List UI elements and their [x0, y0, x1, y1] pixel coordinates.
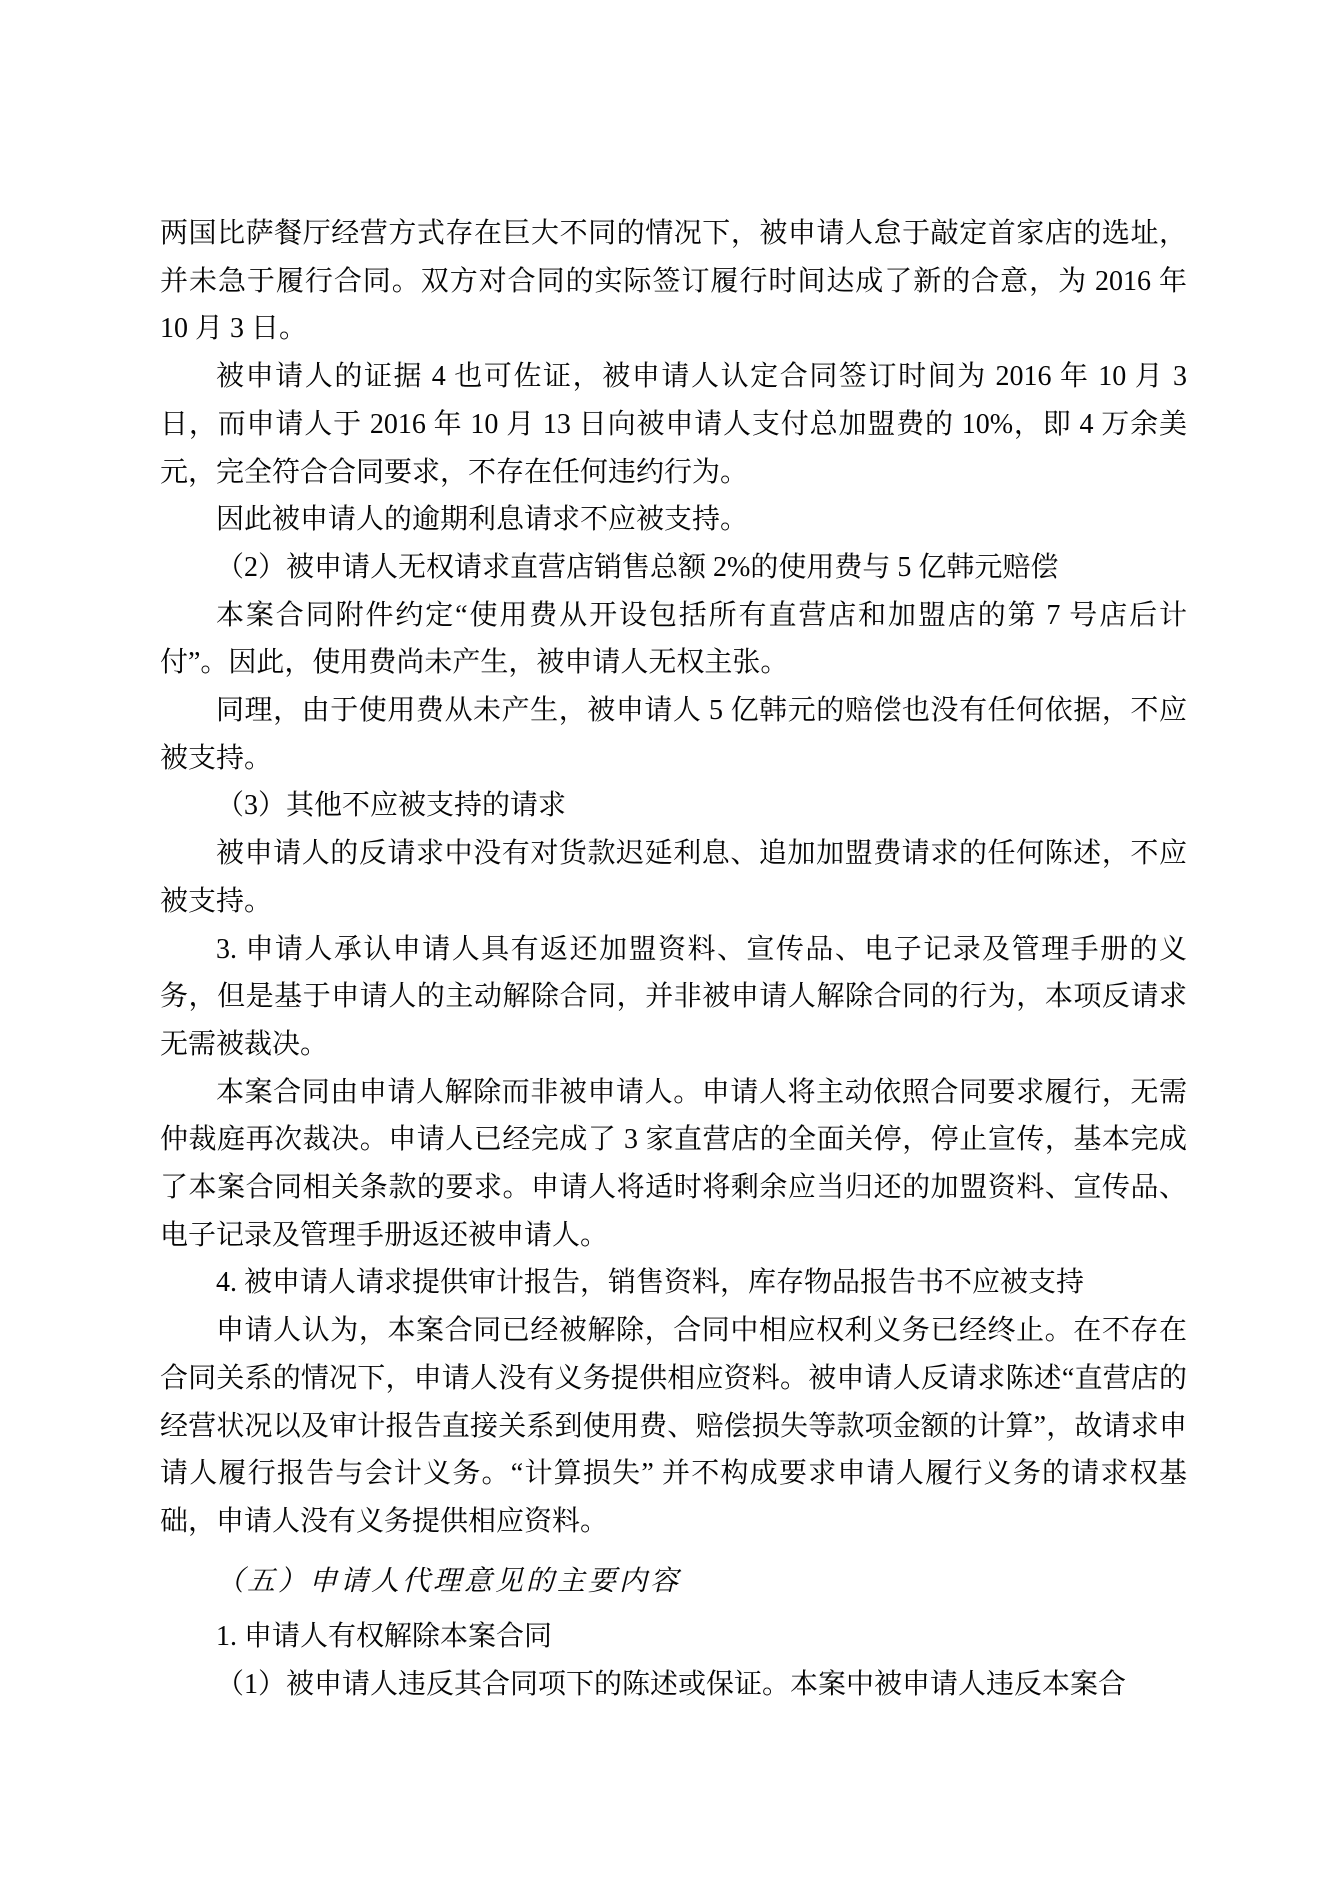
para-evidence-4: 被申请人的证据 4 也可佐证，被申请人认定合同签订时间为 2016 年 10 月…	[160, 353, 1187, 496]
para-counterclaim-no-statement: 被申请人的反请求中没有对货款迟延利息、追加加盟费请求的任何陈述，不应被支持。	[160, 830, 1187, 925]
heading-claim-3-other: （3）其他不应被支持的请求	[160, 782, 1187, 830]
para-royalty-compensation: 同理，由于使用费从未产生，被申请人 5 亿韩元的赔偿也没有任何依据，不应被支持。	[160, 687, 1187, 782]
para-contract-signing-consensus: 两国比萨餐厅经营方式存在巨大不同的情况下，被申请人怠于敲定首家店的选址，并未急于…	[160, 210, 1187, 353]
section-heading-five-claimant-opinion: （五）申请人代理意见的主要内容	[160, 1558, 1187, 1606]
document-page: 两国比萨餐厅经营方式存在巨大不同的情况下，被申请人怠于敲定首家店的选址，并未急于…	[0, 0, 1339, 1890]
heading-item-1-right-to-terminate: 1. 申请人有权解除本案合同	[160, 1613, 1187, 1661]
para-item-3-return-obligation: 3. 申请人承认申请人具有返还加盟资料、宣传品、电子记录及管理手册的义务，但是基…	[160, 926, 1187, 1069]
heading-claim-2-royalty: （2）被申请人无权请求直营店销售总额 2%的使用费与 5 亿韩元赔偿	[160, 544, 1187, 592]
para-termination-performance: 本案合同由申请人解除而非被申请人。申请人将主动依照合同要求履行，无需仲裁庭再次裁…	[160, 1069, 1187, 1260]
para-royalty-clause: 本案合同附件约定“使用费从开设包括所有直营店和加盟店的第 7 号店后计付”。因此…	[160, 592, 1187, 687]
document-text-block: 两国比萨餐厅经营方式存在巨大不同的情况下，被申请人怠于敲定首家店的选址，并未急于…	[160, 210, 1187, 1709]
para-item-1-breach: （1）被申请人违反其合同项下的陈述或保证。本案中被申请人违反本案合	[160, 1661, 1187, 1709]
para-overdue-interest-conclusion: 因此被申请人的逾期利息请求不应被支持。	[160, 496, 1187, 544]
para-no-obligation-provide-materials: 申请人认为，本案合同已经被解除，合同中相应权利义务已经终止。在不存在合同关系的情…	[160, 1307, 1187, 1546]
heading-item-4-audit-report: 4. 被申请人请求提供审计报告，销售资料，库存物品报告书不应被支持	[160, 1259, 1187, 1307]
